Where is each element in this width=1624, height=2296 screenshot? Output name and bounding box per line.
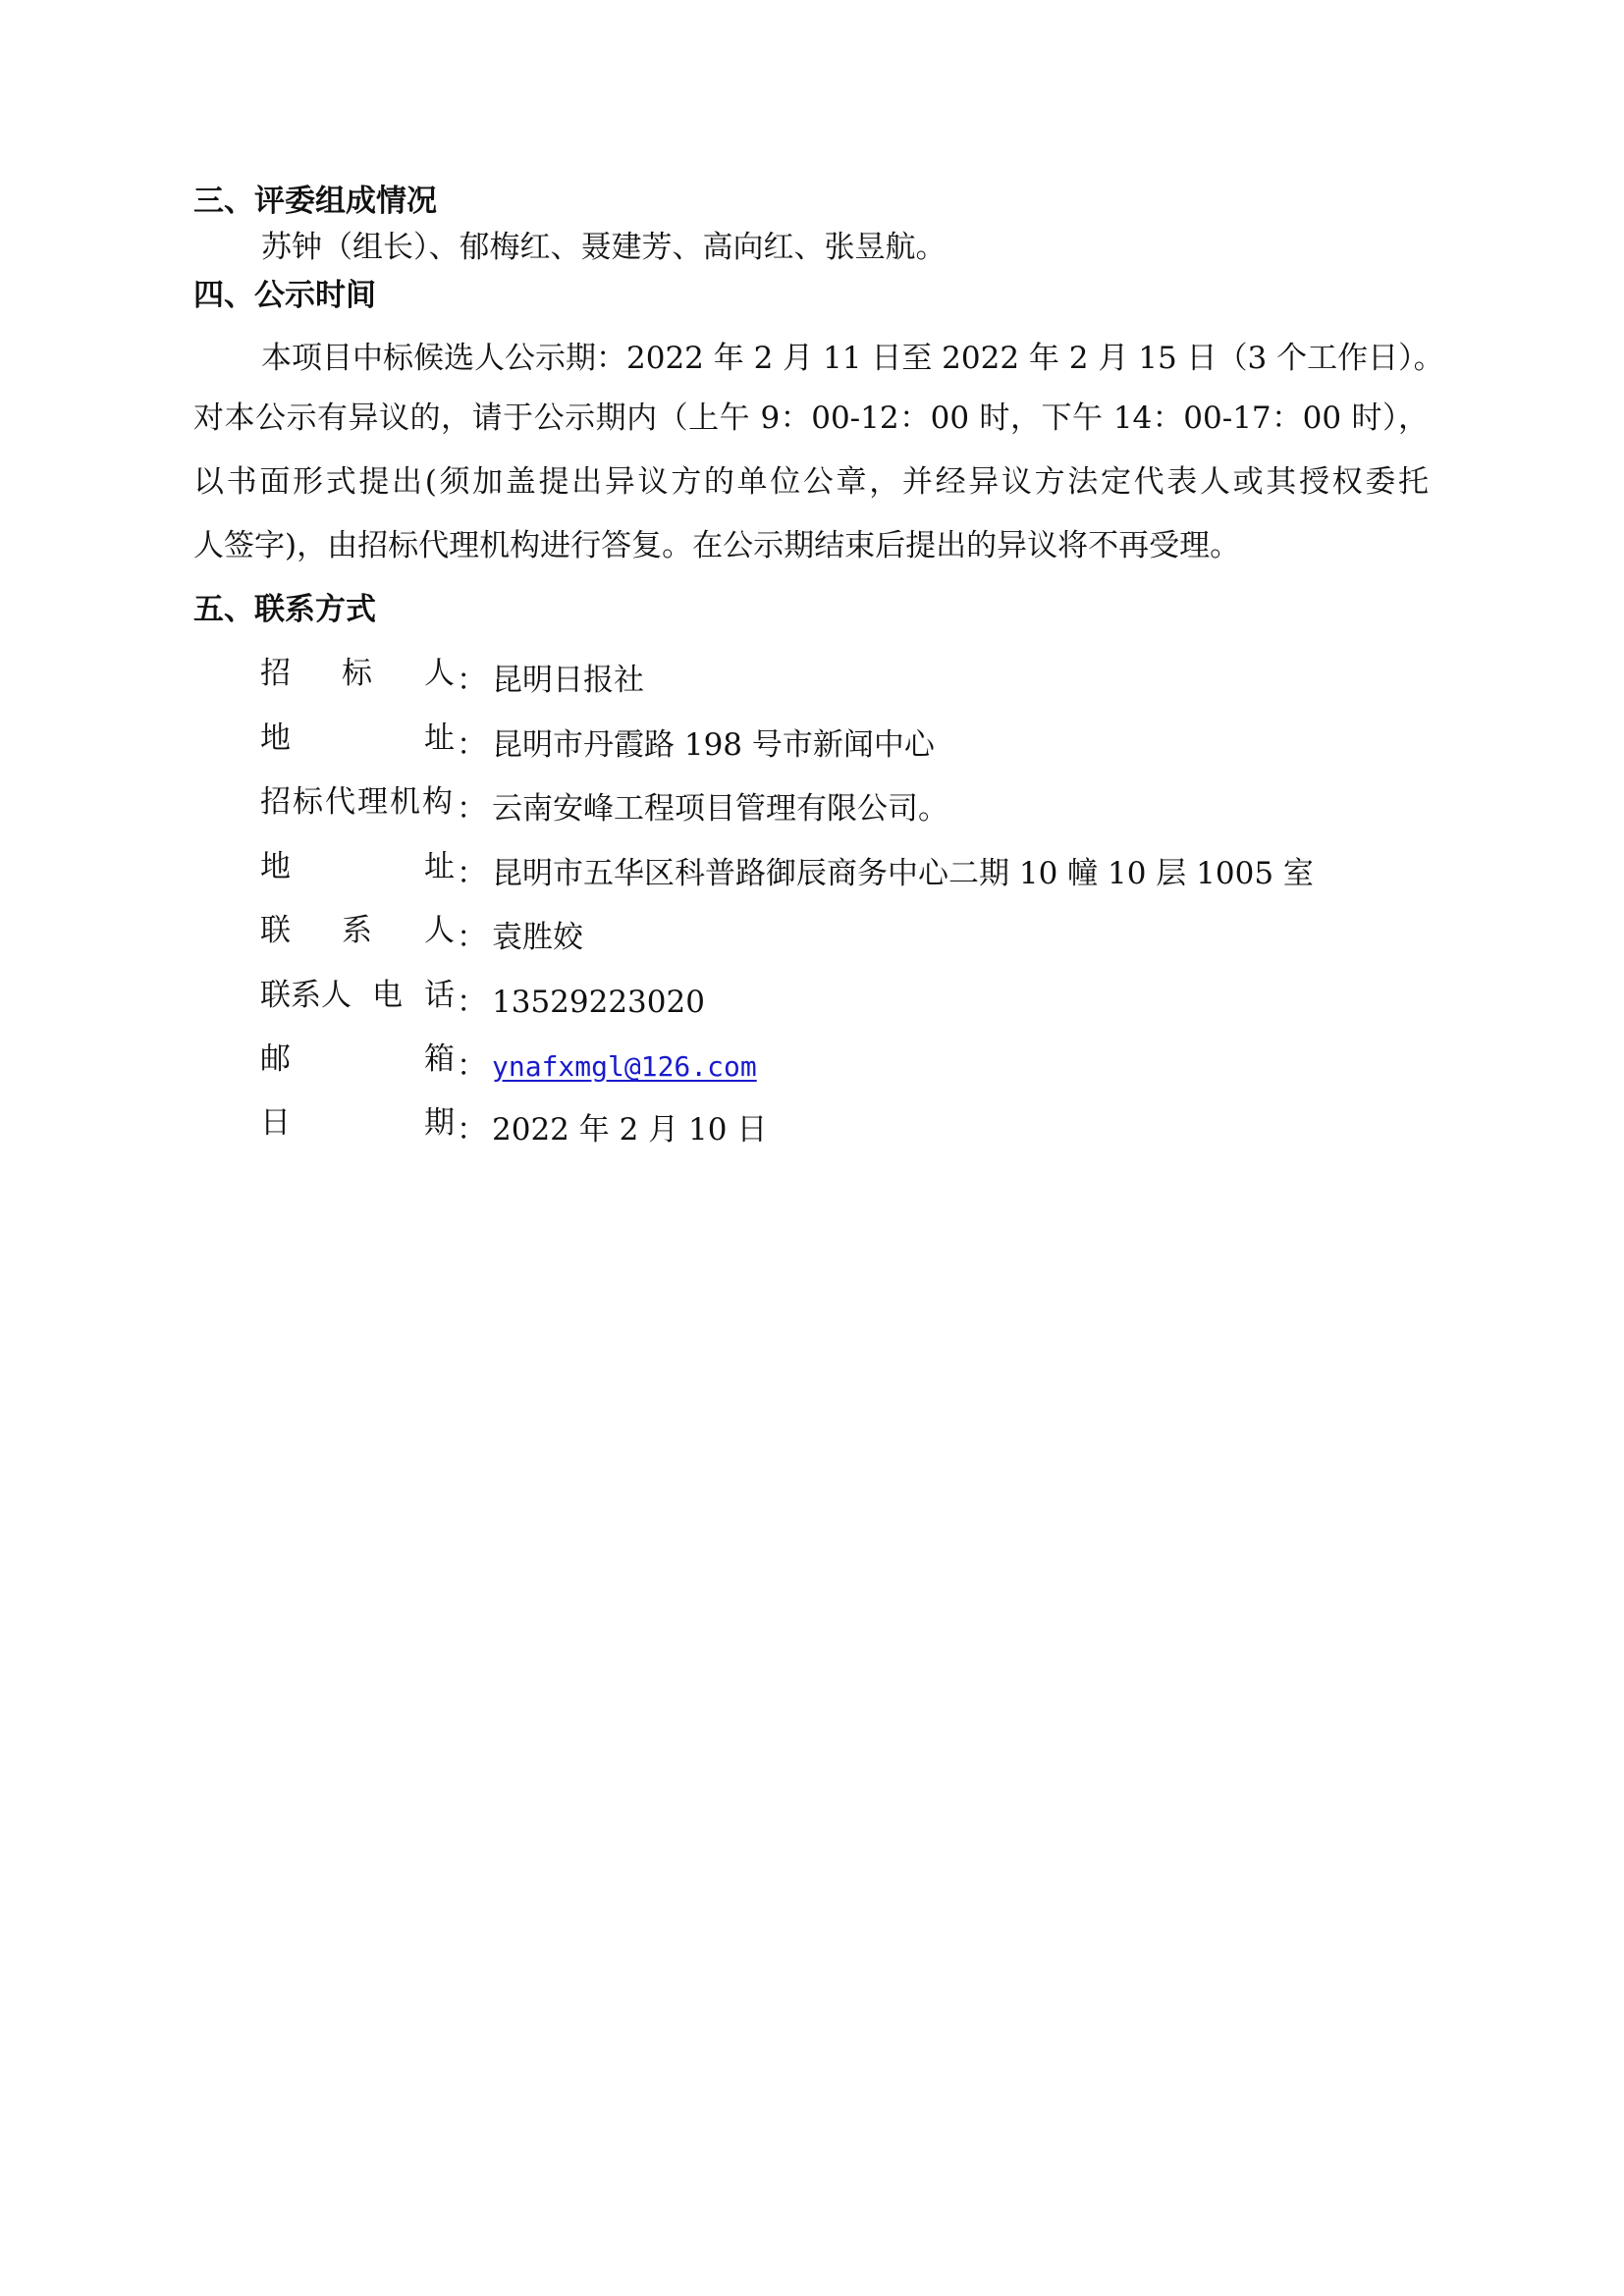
- contact-row-email: 邮 箱 ： ynafxmgl@126.com: [260, 1042, 757, 1084]
- publicity-paragraph-line-4: 人签字)，由招标代理机构进行答复。在公示期结束后提出的异议将不再受理。: [193, 529, 1429, 562]
- contact-label: 日 期: [260, 1106, 457, 1140]
- contact-colon: ：: [457, 857, 492, 890]
- contact-row-date: 日 期 ： 2022 年 2 月 10 日: [260, 1106, 767, 1147]
- publicity-paragraph-line-1: 本项目中标候选人公示期：2022 年 2 月 11 日至 2022 年 2 月 …: [261, 342, 1429, 375]
- contact-row-phone: 联系人 电 话 ： 13529223020: [260, 979, 705, 1019]
- section-heading-contact-info: 五、联系方式: [193, 593, 376, 626]
- contact-label: 地 址: [260, 850, 457, 883]
- publicity-paragraph-line-3: 以书面形式提出(须加盖提出异议方的单位公章，并经异议方法定代表人或其授权委托: [193, 465, 1429, 499]
- contact-colon: ：: [457, 792, 492, 826]
- contact-colon: ：: [457, 986, 492, 1019]
- contact-value-agency-address: 昆明市五华区科普路御辰商务中心二期 10 幢 10 层 1005 室: [492, 857, 1314, 890]
- contact-label: 地 址: [260, 721, 457, 755]
- contact-label: 招 标 人: [260, 657, 457, 690]
- publicity-paragraph-line-2: 对本公示有异议的，请于公示期内（上午 9：00-12：00 时，下午 14：00…: [193, 401, 1429, 435]
- contact-label: 联系人 电 话: [260, 979, 457, 1012]
- document-page: 三、评委组成情况 苏钟（组长）、郁梅红、聂建芳、高向红、张昱航。 四、公示时间 …: [0, 0, 1624, 2296]
- contact-value-date: 2022 年 2 月 10 日: [492, 1113, 767, 1147]
- section-heading-publicity-period: 四、公示时间: [193, 279, 376, 312]
- contact-value-agency: 云南安峰工程项目管理有限公司。: [492, 792, 948, 826]
- contact-colon: ：: [457, 728, 492, 762]
- contact-label: 招标代理机构: [260, 785, 457, 819]
- contact-value-phone: 13529223020: [492, 986, 705, 1019]
- email-link[interactable]: ynafxmgl@126.com: [492, 1050, 757, 1084]
- contact-colon: ：: [457, 664, 492, 697]
- contact-value-tenderer-address: 昆明市丹霞路 198 号市新闻中心: [492, 728, 935, 762]
- contact-value-tenderer: 昆明日报社: [492, 664, 644, 697]
- review-committee-members: 苏钟（组长）、郁梅红、聂建芳、高向红、张昱航。: [261, 231, 947, 264]
- contact-colon: ：: [457, 921, 492, 954]
- contact-row-contact-person: 联 系 人 ： 袁胜姣: [260, 914, 583, 954]
- contact-row-tenderer-address: 地 址 ： 昆明市丹霞路 198 号市新闻中心: [260, 721, 935, 762]
- section-heading-review-committee: 三、评委组成情况: [193, 185, 437, 218]
- contact-label: 邮 箱: [260, 1042, 457, 1076]
- contact-colon: ：: [457, 1113, 492, 1147]
- contact-colon: ：: [457, 1049, 492, 1083]
- contact-row-agency-address: 地 址 ： 昆明市五华区科普路御辰商务中心二期 10 幢 10 层 1005 室: [260, 850, 1314, 890]
- contact-row-tenderer: 招 标 人 ： 昆明日报社: [260, 657, 644, 697]
- contact-row-agency: 招标代理机构 ： 云南安峰工程项目管理有限公司。: [260, 785, 948, 826]
- contact-label: 联 系 人: [260, 914, 457, 947]
- contact-value-contact-person: 袁胜姣: [492, 921, 583, 954]
